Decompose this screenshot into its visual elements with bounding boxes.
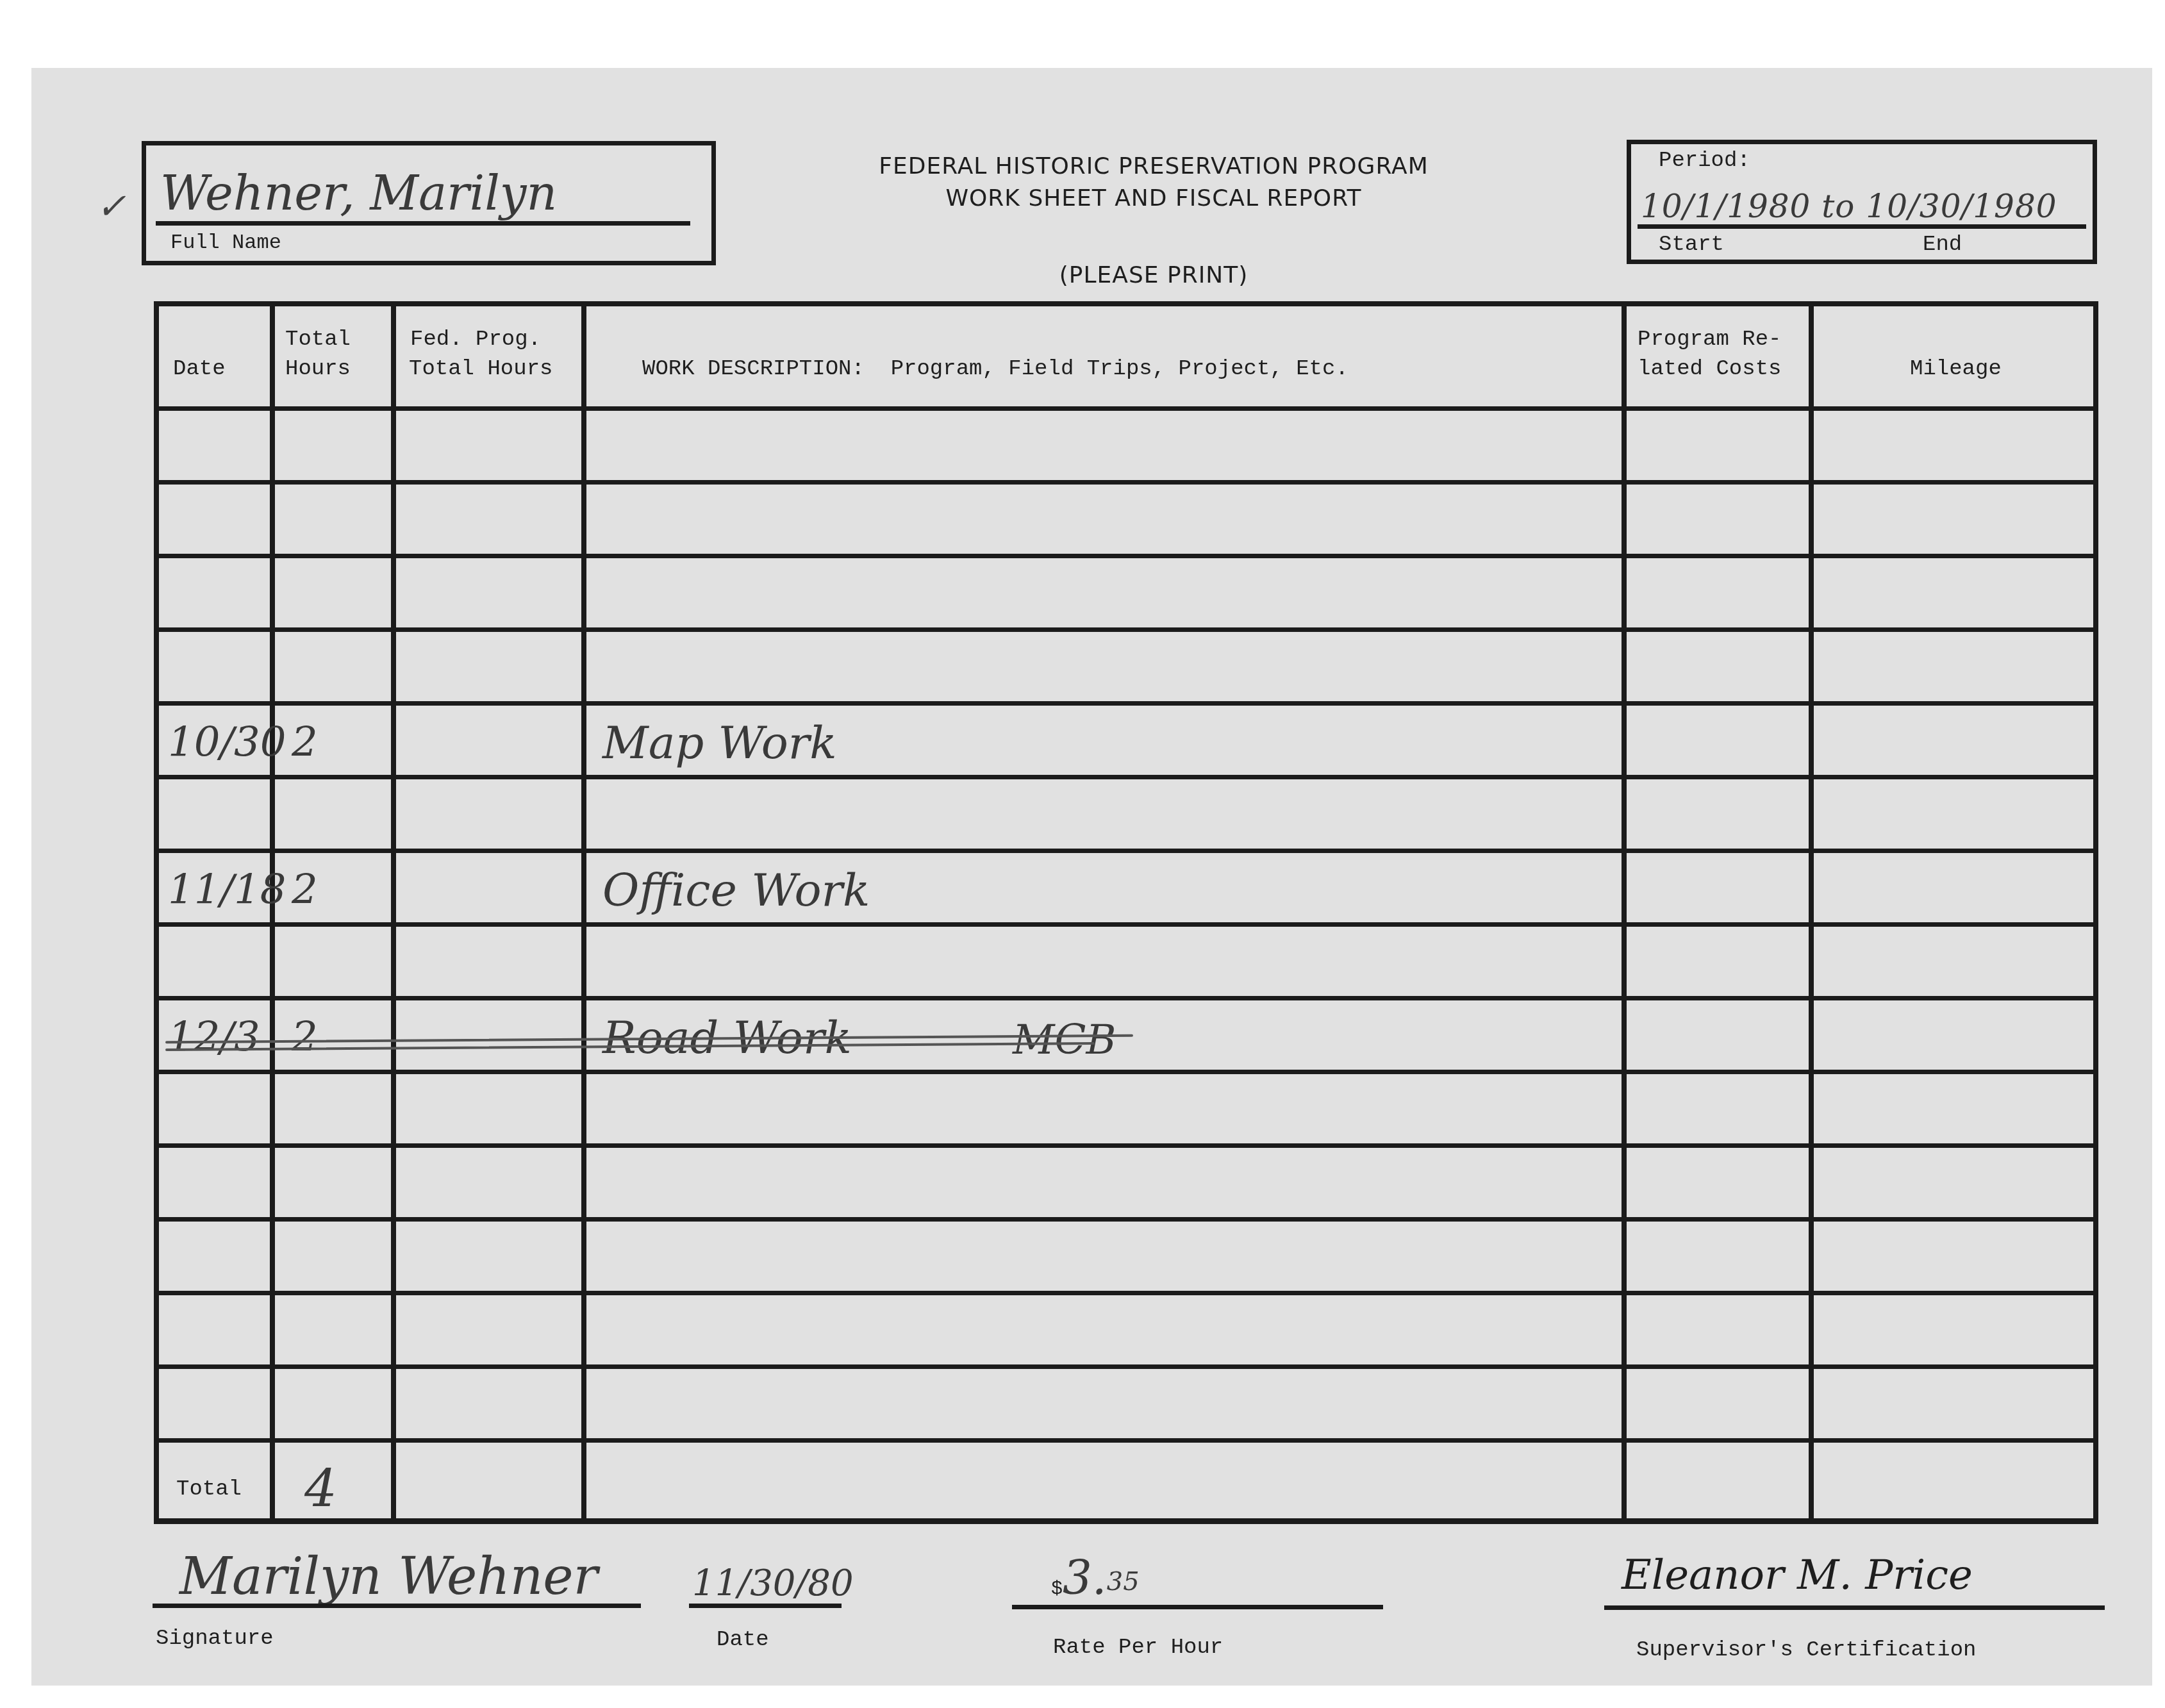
row-divider <box>155 554 2098 558</box>
period-underline <box>1638 224 2086 229</box>
table-row <box>159 1148 2093 1217</box>
cell-description[interactable]: Office Work <box>602 865 870 916</box>
table-row <box>159 632 2093 701</box>
table-right-border <box>2093 301 2098 1524</box>
row-divider <box>155 1438 2098 1443</box>
full-name-value[interactable]: Wehner, Marilyn <box>160 168 557 219</box>
cell-description[interactable]: Map Work <box>602 717 837 768</box>
table-row <box>159 558 2093 627</box>
form-title-line1: FEDERAL HISTORIC PRESERVATION PROGRAM <box>833 151 1474 183</box>
header-fed-hours: Fed. Prog. Total Hours <box>409 325 552 384</box>
header-fed-hours-line2: Total Hours <box>409 354 552 384</box>
header-date: Date <box>173 354 226 384</box>
table-row <box>159 1074 2093 1143</box>
header-program-costs: Program Re- lated Costs <box>1638 325 1781 384</box>
table-row <box>159 485 2093 554</box>
header-fed-hours-line1: Fed. Prog. <box>409 325 552 354</box>
date-label: Date <box>717 1628 769 1652</box>
please-print-note: (PLEASE PRINT) <box>833 260 1474 292</box>
row-divider <box>155 701 2098 706</box>
supervisor-line <box>1604 1605 2105 1610</box>
cell-total-hours[interactable]: 2 <box>292 1012 318 1063</box>
row-divider <box>155 627 2098 632</box>
supervisor-signature[interactable]: Eleanor M. Price <box>1622 1551 1973 1600</box>
header-program-costs-line2: lated Costs <box>1638 354 1781 384</box>
table-left-border <box>154 301 159 1524</box>
correction-initials: MCB <box>1013 1015 1116 1066</box>
row-divider <box>155 775 2098 779</box>
header-total-hours: Total Hours <box>285 325 351 384</box>
table-header-divider <box>155 406 2098 411</box>
cell-date[interactable]: 10/30 <box>168 717 286 768</box>
form-title-line2: WORK SHEET AND FISCAL REPORT <box>833 183 1474 215</box>
period-value[interactable]: 10/1/1980 to 10/30/1980 <box>1641 187 2057 226</box>
date-value[interactable]: 11/30/80 <box>692 1563 854 1605</box>
table-row <box>159 1369 2093 1438</box>
row-divider <box>155 480 2098 485</box>
table-row <box>159 411 2093 480</box>
period-label: Period: <box>1659 149 1750 173</box>
table-row: 11/182Office Work <box>159 853 2093 922</box>
signature-label: Signature <box>156 1627 274 1651</box>
row-divider <box>155 1364 2098 1369</box>
row-divider <box>155 849 2098 853</box>
total-label: Total <box>176 1477 242 1502</box>
cell-date[interactable]: 11/18 <box>168 865 286 916</box>
full-name-underline <box>156 221 690 226</box>
row-divider <box>155 1143 2098 1148</box>
table-row: 12/32Road WorkMCB <box>159 1000 2093 1070</box>
rate-dollars: 3. <box>1063 1551 1107 1605</box>
supervisor-label: Supervisor's Certification <box>1636 1638 1977 1662</box>
header-program-costs-line1: Program Re- <box>1638 325 1781 354</box>
date-line <box>689 1604 842 1608</box>
rate-currency: $ <box>1051 1579 1063 1600</box>
header-mileage: Mileage <box>1910 354 2002 384</box>
rate-value[interactable]: $3.35 <box>1051 1551 1140 1605</box>
table-row <box>159 779 2093 849</box>
rate-cents: 35 <box>1107 1567 1140 1596</box>
row-divider <box>155 996 2098 1000</box>
row-divider <box>155 922 2098 927</box>
header-work-description: WORK DESCRIPTION: Program, Field Trips, … <box>642 354 1348 384</box>
signature-value[interactable]: Marilyn Wehner <box>179 1548 598 1605</box>
table-row: 10/302Map Work <box>159 706 2093 775</box>
period-end-label: End <box>1923 233 1962 257</box>
row-divider <box>155 1217 2098 1222</box>
table-row <box>159 927 2093 996</box>
row-divider <box>155 1291 2098 1295</box>
table-top-border <box>155 301 2098 306</box>
table-row <box>159 1295 2093 1364</box>
rate-label: Rate Per Hour <box>1053 1636 1223 1660</box>
cell-total-hours[interactable]: 2 <box>292 717 318 768</box>
table-row <box>159 1222 2093 1291</box>
header-total-hours-line1: Total <box>285 325 351 354</box>
header-total-hours-line2: Hours <box>285 354 351 384</box>
signature-line <box>153 1604 641 1608</box>
rate-line <box>1012 1605 1383 1609</box>
total-hours-value[interactable]: 4 <box>304 1460 337 1518</box>
full-name-label: Full Name <box>170 231 281 254</box>
cell-total-hours[interactable]: 2 <box>292 865 318 916</box>
row-divider <box>155 1070 2098 1074</box>
cell-date[interactable]: 12/3 <box>168 1012 260 1063</box>
table-bottom-border <box>155 1518 2098 1524</box>
form-title: FEDERAL HISTORIC PRESERVATION PROGRAM WO… <box>833 151 1474 215</box>
check-mark-icon: ✓ <box>96 186 126 228</box>
period-start-label: Start <box>1659 233 1724 257</box>
